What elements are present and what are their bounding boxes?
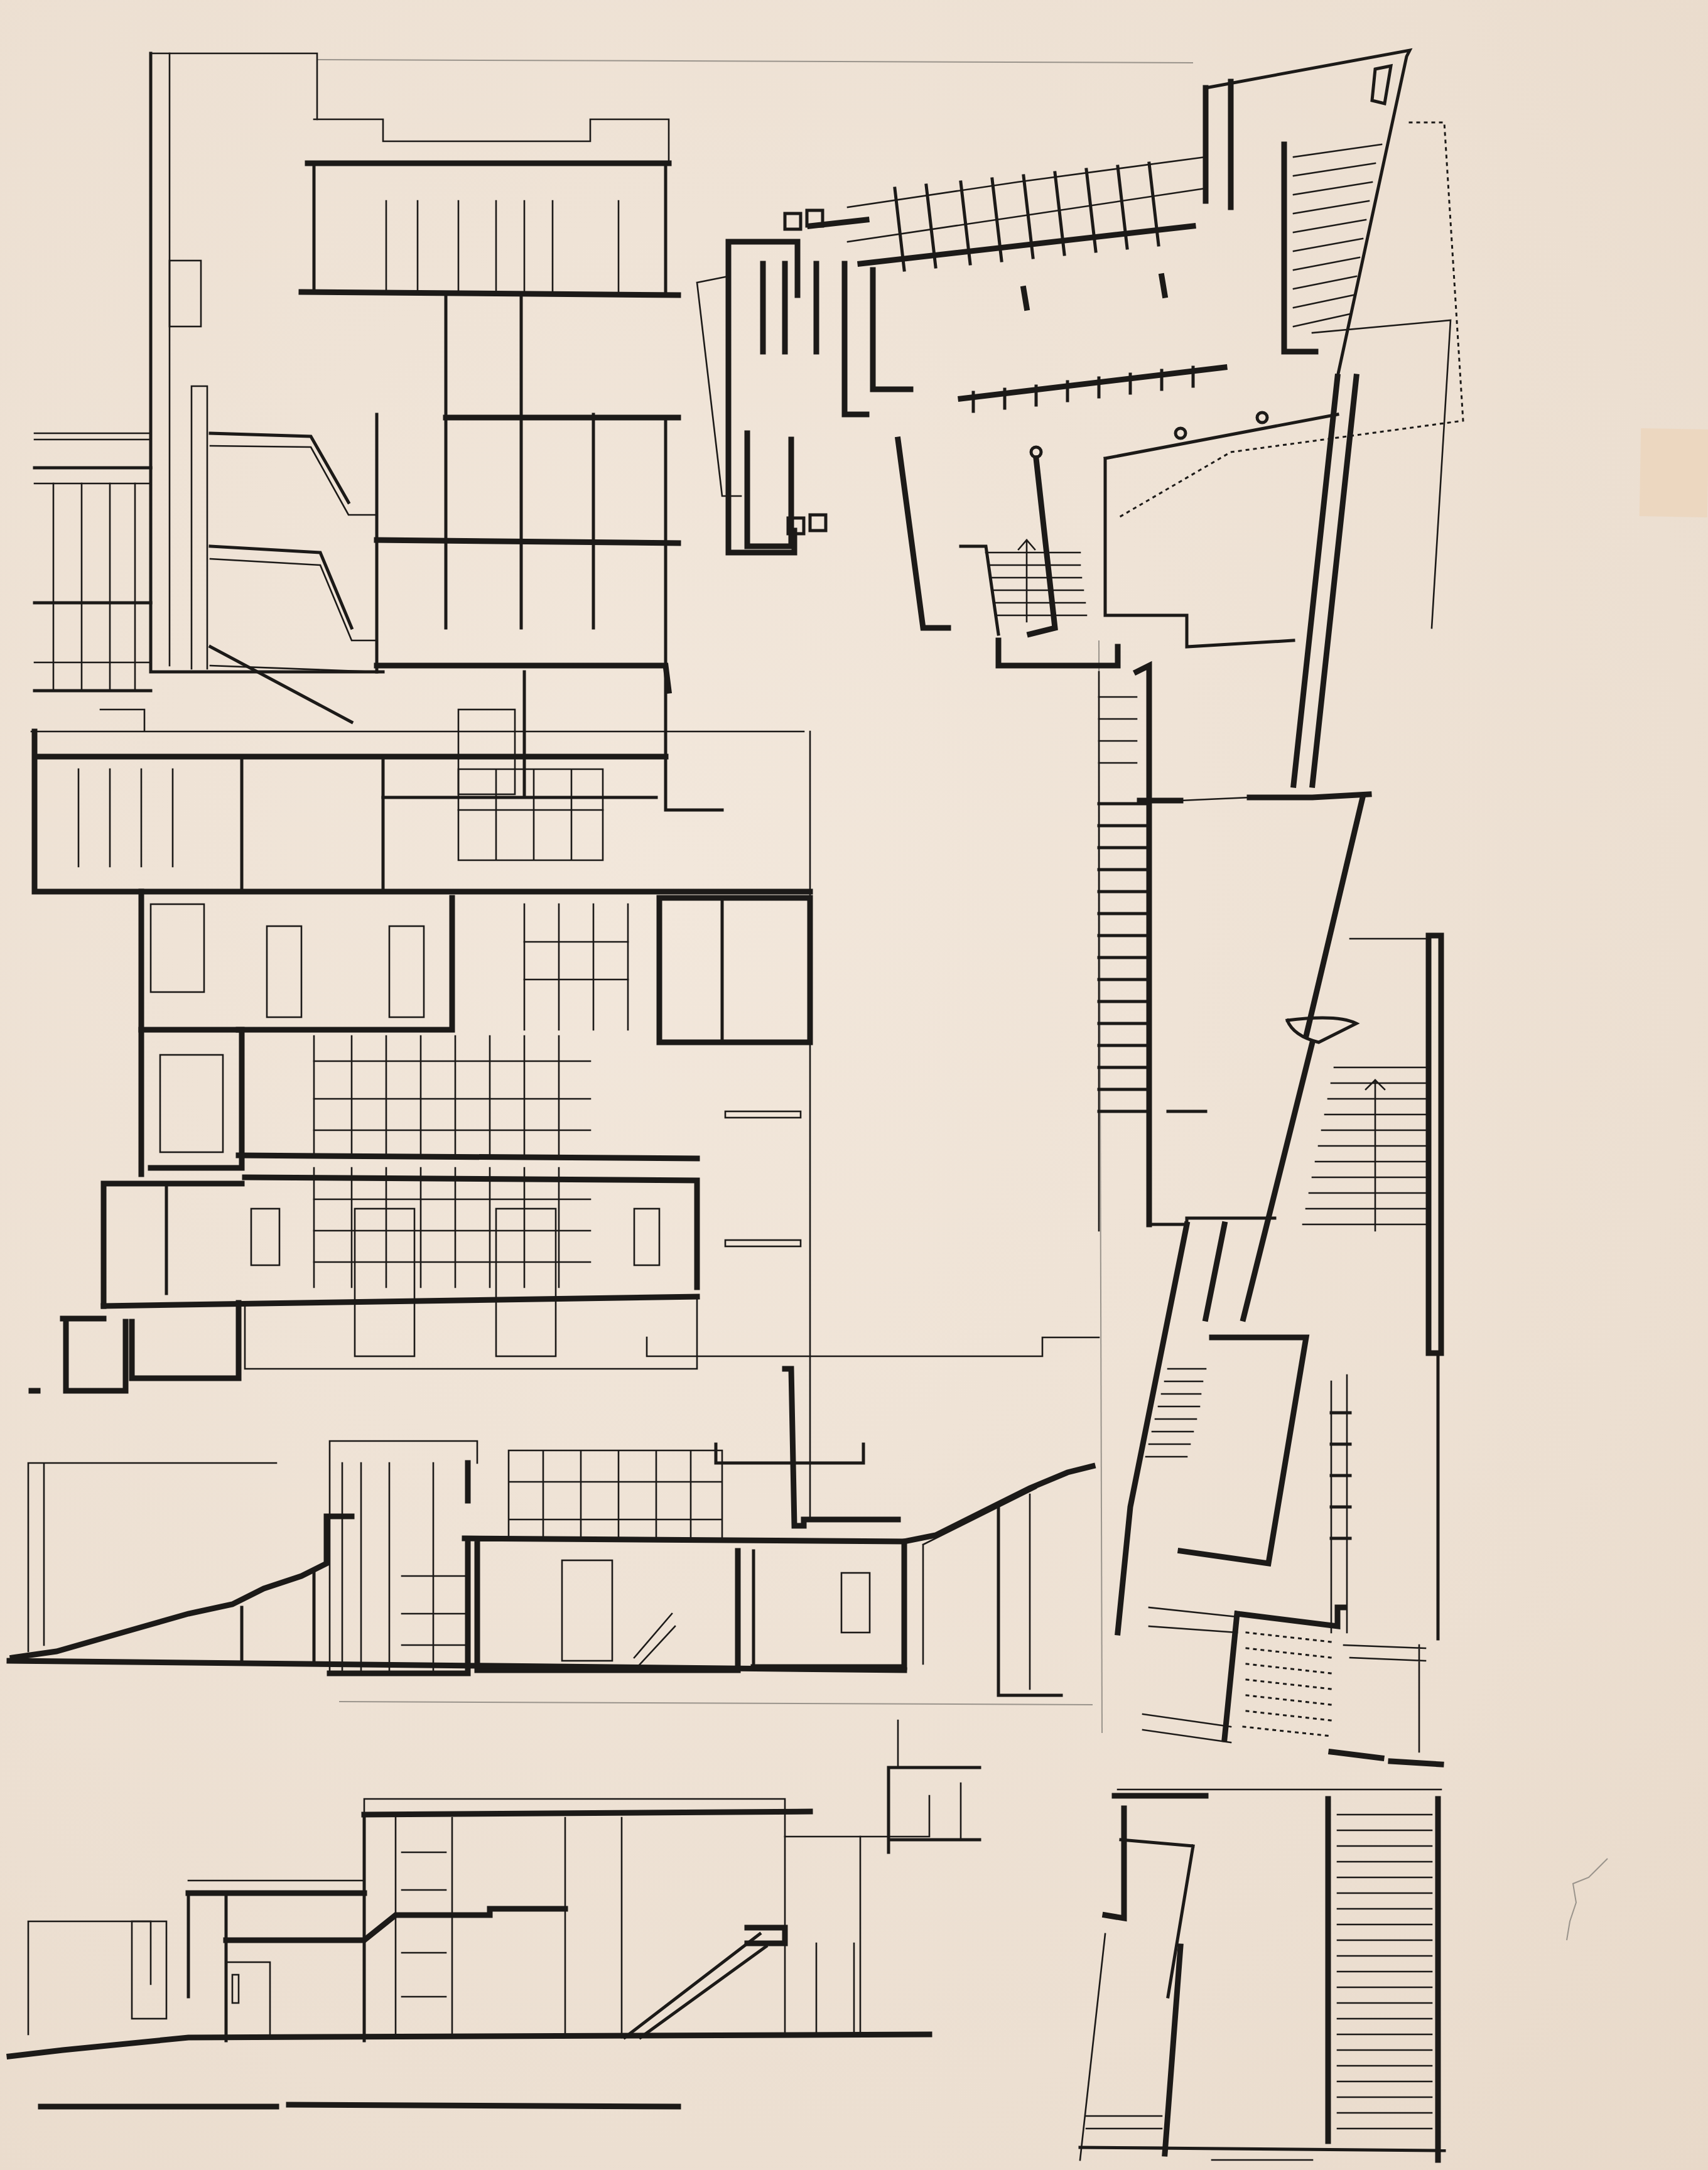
section-b <box>31 710 898 1526</box>
section-d <box>9 1720 980 2107</box>
scale-bar <box>41 2105 678 2107</box>
section-c <box>9 1337 1099 1695</box>
pencil-scribble <box>1567 1859 1608 1940</box>
section-a <box>35 53 722 810</box>
drawing-sheet: ink on tan paper <box>0 0 1708 2170</box>
entry-steps <box>1209 2160 1312 2170</box>
door-swing <box>1287 1018 1356 1042</box>
floor-plan <box>697 50 1463 2170</box>
architectural-drawing <box>0 0 1708 2170</box>
